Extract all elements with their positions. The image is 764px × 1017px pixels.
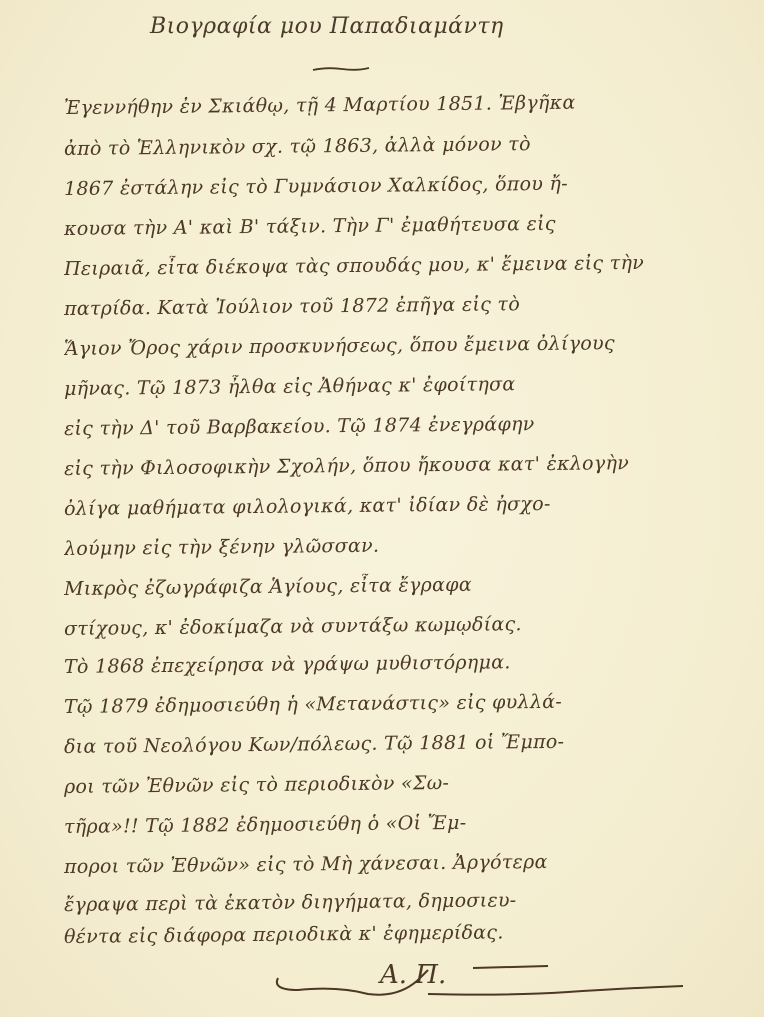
title-underline-flourish <box>312 66 370 72</box>
manuscript-line: Μικρὸς ἐζωγράφιζα Ἁγίους, εἶτα ἔγραφα <box>64 570 724 601</box>
manuscript-line: εἰς τὴν Φιλοσοφικὴν Σχολήν, ὅπου ἤκουσα … <box>64 450 724 481</box>
manuscript-line: ροι τῶν Ἐθνῶν εἰς τὸ περιοδικὸν «Σω- <box>64 768 724 799</box>
document-title: Βιογραφία μου Παπαδιαμάντη <box>150 14 504 39</box>
manuscript-line: ἔγραψα περὶ τὰ ἑκατὸν διηγήματα, δημοσιε… <box>64 886 724 917</box>
manuscript-line: 1867 ἐστάλην εἰς τὸ Γυμνάσιον Χαλκίδος, … <box>64 170 724 201</box>
manuscript-line: Τὸ 1868 ἐπεχείρησα νὰ γράψω μυθιστόρημα. <box>64 648 724 679</box>
manuscript-line: θέντα εἰς διάφορα περιοδικὰ κ' ἐφημερίδα… <box>64 918 724 949</box>
manuscript-line: Πειραιᾶ, εἶτα διέκοψα τὰς σπουδάς μου, κ… <box>64 250 724 281</box>
signature: Α. Π. <box>380 960 446 990</box>
manuscript-line: κουσα τὴν Α' καὶ Β' τάξιν. Τὴν Γ' ἐμαθήτ… <box>64 210 724 241</box>
manuscript-line: πατρίδα. Κατὰ Ἰούλιον τοῦ 1872 ἐπῆγα εἰς… <box>64 290 724 321</box>
signature-flourish <box>268 960 688 1000</box>
manuscript-line: ποροι τῶν Ἐθνῶν» εἰς τὸ Μὴ χάνεσαι. Ἀργό… <box>64 848 724 879</box>
manuscript-line: Ἐγεννήθην ἐν Σκιάθῳ, τῇ 4 Μαρτίου 1851. … <box>64 89 724 120</box>
manuscript-line: εἰς τὴν Δ' τοῦ Βαρβακείου. Τῷ 1874 ἐνεγρ… <box>64 410 724 441</box>
manuscript-line: ἀπὸ τὸ Ἑλληνικὸν σχ. τῷ 1863, ἀλλὰ μόνον… <box>64 130 724 161</box>
manuscript-line: Ἅγιον Ὄρος χάριν προσκυνήσεως, ὅπου ἔμει… <box>64 330 724 361</box>
manuscript-line: Τῷ 1879 ἐδημοσιεύθη ἡ «Μετανάστις» εἰς φ… <box>64 688 724 719</box>
manuscript-line: στίχους, κ' ἐδοκίμαζα νὰ συντάξω κωμῳδία… <box>64 610 724 641</box>
manuscript-line: δια τοῦ Νεολόγου Κων/πόλεως. Τῷ 1881 οἱ … <box>64 728 724 759</box>
manuscript-line: λούμην εἰς τὴν ξένην γλῶσσαν. <box>64 530 724 561</box>
manuscript-line: τῆρα»!! Τῷ 1882 ἐδημοσιεύθη ὁ «Οἱ Ἔμ- <box>64 808 724 839</box>
manuscript-page: Βιογραφία μου Παπαδιαμάντη Ἐγεννήθην ἐν … <box>0 0 764 1017</box>
manuscript-line: ὀλίγα μαθήματα φιλολογικά, κατ' ἰδίαν δὲ… <box>64 490 724 521</box>
manuscript-line: μῆνας. Τῷ 1873 ἦλθα εἰς Ἀθήνας κ' ἐφοίτη… <box>64 370 724 401</box>
